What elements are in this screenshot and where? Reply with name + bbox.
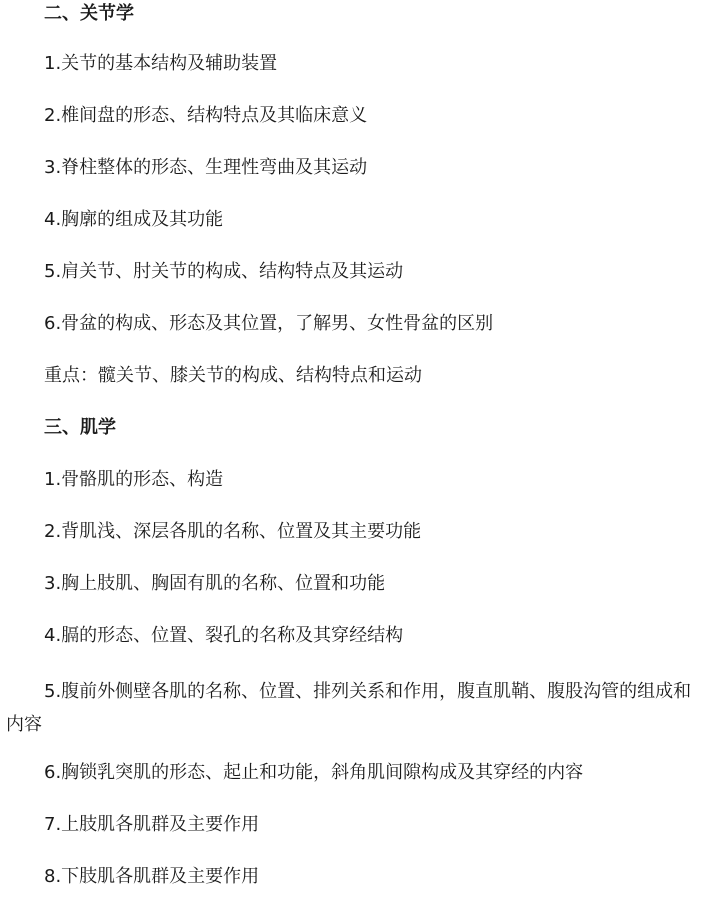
list-item: 6.胸锁乳突肌的形态、起止和功能，斜角肌间隙构成及其穿经的内容: [6, 760, 704, 786]
list-item: 4.膈的形态、位置、裂孔的名称及其穿经结构: [6, 623, 704, 649]
list-item: 3.脊柱整体的形态、生理性弯曲及其运动: [6, 155, 704, 181]
list-item: 2.椎间盘的形态、结构特点及其临床意义: [6, 103, 704, 129]
list-item: 5.肩关节、肘关节的构成、结构特点及其运动: [6, 259, 704, 285]
list-item: 5.腹前外侧壁各肌的名称、位置、排列关系和作用，腹直肌鞘、腹股沟管的组成和内容: [6, 675, 704, 741]
list-item: 1.关节的基本结构及辅助装置: [6, 51, 704, 77]
list-item: 6.骨盆的构成、形态及其位置，了解男、女性骨盆的区别: [6, 311, 704, 337]
section-heading-joints: 二、关节学: [6, 1, 704, 27]
list-item: 4.胸廓的组成及其功能: [6, 207, 704, 233]
list-item: 2.背肌浅、深层各肌的名称、位置及其主要功能: [6, 519, 704, 545]
list-item: 8.下肢肌各肌群及主要作用: [6, 864, 704, 890]
list-item: 1.骨骼肌的形态、构造: [6, 467, 704, 493]
key-point: 重点：髋关节、膝关节的构成、结构特点和运动: [6, 363, 704, 389]
section-heading-muscles: 三、肌学: [6, 415, 704, 441]
list-item: 7.上肢肌各肌群及主要作用: [6, 812, 704, 838]
list-item: 3.胸上肢肌、胸固有肌的名称、位置和功能: [6, 571, 704, 597]
